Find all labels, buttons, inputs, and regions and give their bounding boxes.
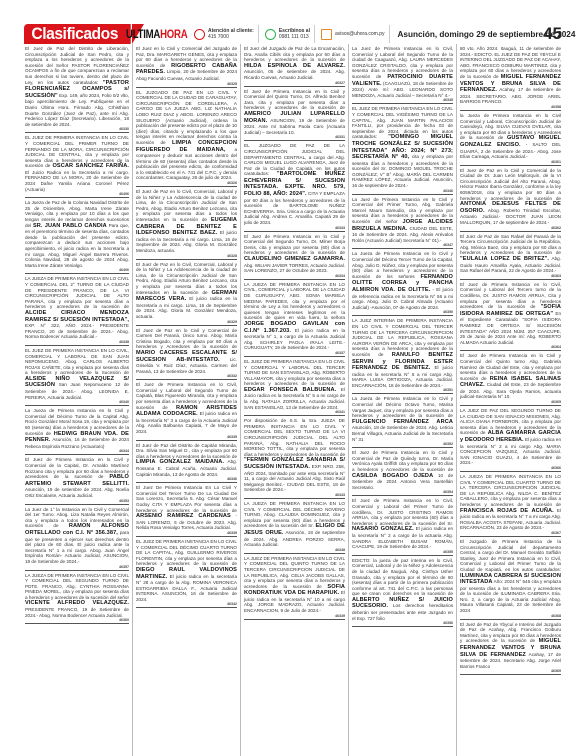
notice-reference-number: 46331: [244, 135, 345, 139]
legal-notice: EL JUZGADO DE PAZ EN LO CIVIL Y COMERCIA…: [136, 88, 237, 188]
notice-body: El Juez de Primera Instancia en lo Civil…: [352, 498, 453, 525]
legal-notice: La Juez de 1° la Instancia en lo Civil y…: [25, 505, 129, 571]
notice-body: EL JUEZ DE PRIMERA INSTANCIA EN LO CIVIL…: [25, 348, 129, 375]
legal-notice: La Juez de Primera Instancia en lo Civil…: [352, 44, 453, 104]
column-3: El Juez del Juzgado de Paz de La Encarna…: [240, 44, 348, 756]
notice-body: LA JUEZA DE PRIMERA INSTANCIA EN LO CIVI…: [25, 573, 129, 600]
notice-reference-number: 46347: [352, 243, 453, 247]
section-title: Clasificados: [24, 24, 131, 44]
legal-notice: La Juez de Primera Instancia en lo Civil…: [352, 195, 453, 250]
legal-notice: El Juez de Primera Instancia en lo Civil…: [25, 455, 129, 504]
notice-reference-number: 46406: [25, 192, 129, 196]
legal-notice: LA JUEZA DE PRIMERA INSTANCIA EN LO CIVI…: [460, 472, 561, 537]
notice-reference-number: 46366: [460, 466, 561, 470]
notice-reference-number: 46341: [244, 410, 345, 414]
legal-notice: EL JUZGADO DE PAZ DE LA CIRCUNSCRIPCIÓN …: [244, 141, 345, 231]
mail-icon: [321, 29, 332, 40]
notice-closing: EXP. N° 322, AÑO 2024.- PRESIDENTE FRANC…: [25, 323, 129, 339]
notice-body: LA JUEZA DE PRIMERA INSTANCIA EN LO CIVI…: [244, 282, 345, 321]
notice-body: EL JUZGADO DE PAZ EN LO CIVIL Y COMERCIA…: [136, 90, 237, 145]
notice-reference-number: 46406: [25, 268, 129, 272]
legal-notice: El Juez de Paz del Distrito de Liberació…: [25, 44, 129, 133]
legal-notice: LA JUEZA DE PRIMERA INSTANCIA EN LO CIVI…: [25, 274, 129, 346]
legal-notice: El Juez de Paz de Ybycuí e Interino del …: [460, 620, 561, 676]
deceased-name: OSCAR SANCHEZ FARIÑA.: [52, 163, 129, 169]
logo-prefix: ULTIMA: [126, 27, 160, 41]
notice-reference-number: 46363: [460, 274, 561, 278]
deceased-name: "EULALIA LOPEZ DE BRITEZ".: [460, 256, 549, 262]
legal-notice: EL JUEZ DE PRIMERA INSTANCIA EN LO CIVIL…: [136, 537, 237, 609]
legal-notice: LA JUEZA DE PRIMERA INSTANCIA EN LO CIVI…: [244, 280, 345, 357]
page-number: 45: [543, 24, 562, 44]
notice-body: El Juez de Primera Instancia en lo Civil…: [244, 89, 345, 111]
notice-reference-number: 46367: [460, 531, 561, 535]
column-2: El Juez en lo Civil y Comercial del Juzg…: [132, 44, 240, 756]
notice-reference-number: 46334: [244, 274, 345, 278]
notice-reference-number: 46352: [352, 442, 453, 446]
legal-notice: EL JUEZ DE PRIMERA INSTANCIA EN LO CIVIL…: [244, 357, 345, 416]
legal-notice: EDICTO: la jueza de paz interina en lo C…: [352, 556, 453, 628]
legal-notice: El Juez de Paz de San Rafael del Paraná …: [460, 232, 561, 280]
legal-notice: El Juez de Primera Instancia en lo Civil…: [136, 380, 237, 440]
legal-notice: El Juez de Paz en lo Civil y Comercial d…: [460, 166, 561, 232]
notice-reference-number: 46350: [352, 310, 453, 314]
legal-notice: EL JUEZ DE PRIMERA INSTANCIA EN LO CIVIL…: [25, 133, 129, 198]
notice-body: El Juez de Paz de San Rafael del Paraná …: [460, 234, 561, 256]
deceased-name: ARSENIO RAMIREZ CARDENAS: [136, 513, 231, 519]
notice-reference-number: 46354: [352, 490, 453, 494]
contact-email[interactable]: avisos@uhora.com.py: [321, 25, 390, 43]
legal-notice: la Jueza de Primera Instancia en lo Civi…: [460, 111, 561, 166]
notice-body: El Juez del Juzgado de Paz de La Encarna…: [244, 46, 345, 62]
notice-reference-number: 46327: [244, 81, 345, 85]
notice-reference-number: 46357: [25, 565, 129, 569]
notice-closing: El Juicio Radica en la Secretaría a mi c…: [25, 170, 129, 192]
notice-closing: PRESIDENTE FRANCO, 19 de Setiembre de 20…: [25, 607, 129, 618]
legal-notice: LA JUEZ DE PRIMERA INSTANCIA EN LO CIVIL…: [244, 554, 345, 620]
notice-reference-number: 46340: [25, 400, 129, 404]
legal-notice: El Juez de Paz en lo Civil y Comercial d…: [136, 326, 237, 381]
deceased-name: FRANCISCA ROJAS DE ACUÑA.: [460, 508, 554, 514]
notice-reference-number: 46342: [136, 602, 237, 606]
legal-notice: LA JUEZA DE PRIMERA INSTANCIA EN LO CIVI…: [25, 571, 129, 625]
whatsapp-icon: [265, 29, 276, 40]
notice-body: LA JUEZA DE PRIMERA INSTANCIA EN LO CIVI…: [25, 276, 129, 309]
notice-reference-number: 46335: [136, 435, 237, 439]
column-5: 80 vto. Año 2024. Itauguá, 11 de setiemb…: [456, 44, 564, 756]
legal-notice: El Juez de Paz en lo Civil, Comercial, L…: [136, 187, 237, 260]
deceased-name: NASARIO GONZALEZ.: [352, 526, 414, 532]
legal-notice: El Juez en lo Civil y Comercial del Juzg…: [136, 44, 237, 88]
legal-notice: El Juez de Primera Instancia en lo Civil…: [460, 280, 561, 352]
legal-notice: La Jueza de Primera Instancia en lo Civi…: [352, 394, 453, 448]
deceased-name: CLAUDELINO GIMENEZ GAMARRA.: [244, 256, 345, 262]
deceased-name: SR. JUAN PABLO CANDIA: [33, 223, 107, 229]
contact-value: 0981 111 013: [279, 34, 309, 40]
notice-body: Por disposición de S.S. la Sra. JUEZA DE…: [244, 418, 345, 457]
notice-closing: Asunción, 18 de Setiembre de 2024. Abg. …: [352, 425, 453, 441]
notice-closing: Abg. WILIAN JAVIER TORRES, Actuario Judi…: [244, 263, 345, 274]
legal-notice: El Juez de Primera Instancia en lo Civil…: [244, 87, 345, 142]
legal-notice: El Juez de Paz del Distrito de Capitán M…: [136, 441, 237, 484]
classifieds-columns: El Juez de Paz del Distrito de Liberació…: [24, 44, 564, 756]
notice-reference-number: 46360: [25, 618, 129, 622]
notice-reference-number: 46336: [136, 477, 237, 481]
deceased-name: LIMPIA GONZALEZ MAIDANA.: [136, 459, 224, 465]
notice-body: El Juzgado de Primera Instancia de la Ci…: [460, 539, 561, 572]
notice-body: El Juez de Primera Instancia en lo Civil…: [244, 234, 345, 256]
deceased-name: HILDA ESPINOLA DE ALVAREZ.: [244, 63, 345, 69]
contact-value: avisos@uhora.com.py: [335, 31, 385, 37]
notice-body: El Juez de Paz en lo Civil y Comercial d…: [460, 168, 561, 201]
notice-reference-number: 46337: [244, 351, 345, 355]
legal-notice: La Jueza de Paz de la Colonia Navidad Di…: [25, 198, 129, 274]
notice-reference-number: 46339: [136, 531, 237, 535]
notice-reference-number: 46349: [244, 614, 345, 618]
notice-body: El Juez De Primera Instancia En Lo Civil…: [136, 485, 237, 512]
notice-reference-number: 46338: [25, 340, 129, 344]
notice-reference-number: 46368: [460, 614, 561, 618]
notice-reference-number: 46330: [25, 127, 129, 131]
notice-reference-number: 46358: [460, 105, 561, 109]
legal-notice: LA JUEZA DE PRIMERA INSTANCIA EN LO CIVI…: [244, 499, 345, 554]
column-1: El Juez de Paz del Distrito de Liberació…: [24, 44, 132, 756]
notice-reference-number: 46369: [460, 669, 561, 673]
legal-notice: El Juez de Primera Instancia en lo Civil…: [244, 232, 345, 280]
legal-notice: El Juzgado de Primera Instancia de la Ci…: [460, 537, 561, 620]
legal-notice: LA JUEZ DE PAZ DEL SEGUNDO TURNO DE LA C…: [460, 406, 561, 472]
notice-reference-number: 46326: [136, 181, 237, 185]
deceased-name: ALCIDE CIRIACO MENDOZA RAMIREZ S/ SUCESI…: [25, 310, 129, 323]
legal-notice: EL JUEZ DE PRIMERA INSTANCIA EN LO CIVIL…: [352, 104, 453, 194]
column-4: La Juez de Primera Instancia en lo Civil…: [348, 44, 456, 756]
notice-reference-number: 46345: [352, 98, 453, 102]
notice-reference-number: 46351: [352, 388, 453, 392]
notice-body: EL JUEZ DE PRIMERA INSTANCIA EN LO CIVIL…: [244, 359, 345, 386]
notice-body: El Juez de Primera Instancia en lo Civil…: [352, 450, 453, 472]
notice-reference-number: 46344: [25, 449, 129, 453]
notice-reference-number: 46348: [244, 548, 345, 552]
notice-reference-number: 46365: [460, 400, 561, 404]
notice-closing: Asunción, 19 de setiembre de 2024. Abg. …: [25, 487, 129, 498]
legal-notice: LA JUEZ INTERINA DE PRIMERA INSTANCIA EN…: [352, 316, 453, 394]
legal-notice: El Juez de Primera Instancia en lo Civil…: [460, 351, 561, 406]
notice-reference-number: 46353: [25, 499, 129, 503]
contact-value: 415 7000: [208, 34, 229, 40]
notice-body: La Jueza de Primera Instancia en lo Civi…: [352, 396, 453, 418]
notice-body: El Juez de Paz del Distrito de Capitán M…: [136, 443, 237, 459]
notice-reference-number: 46362: [460, 226, 561, 230]
notice-closing: Asunción, 05 de setiembre de 2024. Abg. …: [244, 69, 345, 80]
notice-reference-number: 46343: [244, 493, 345, 497]
notice-reference-number: 46333: [244, 226, 345, 230]
legal-notice: El Juez del Juzgado de Paz de La Encarna…: [244, 44, 345, 87]
deceased-name: MARIO CACERES ESCALANTE S/ SUCESION AB-I…: [136, 350, 237, 363]
contact-phone[interactable]: Atención al cliente:415 7000: [194, 25, 259, 43]
notice-reference-number: 46356: [352, 621, 453, 625]
deceased-name: CASILDA BOGADO OJEDA: [352, 473, 433, 479]
newspaper-logo: ULTIMAHORA: [126, 27, 176, 41]
notice-reference-number: 46328: [136, 254, 237, 258]
notice-reference-number: 46346: [352, 189, 453, 193]
legal-notice: Por disposición de S.S. la Sra. JUEZA DE…: [244, 416, 345, 499]
notice-reference-number: 46332: [136, 374, 237, 378]
notice-body: EDICTO: la jueza de paz interina en lo C…: [352, 558, 453, 597]
notice-reference-number: 46325: [136, 82, 237, 86]
notice-reference-number: 46355: [352, 550, 453, 554]
notice-body: El Juez de Paz en lo Civil y Comercial d…: [136, 328, 237, 350]
notice-reference-number: 46364: [460, 345, 561, 349]
notice-body: EL JUEZ DE PRIMERA INSTANCIA EN LO CIVIL…: [136, 539, 237, 566]
legal-notice: EL JUEZ DE PRIMERA INSTANCIA EN LO CIVIL…: [25, 346, 129, 406]
phone-icon: [194, 29, 205, 40]
newspaper-page: Clasificados ULTIMAHORA Atención al clie…: [0, 0, 580, 756]
deceased-name: FULGENCIO FERNÁNDEZ ARCA: [352, 419, 453, 425]
legal-notice: La Jueza de Primera Instancia en lo Civi…: [25, 406, 129, 455]
notice-reference-number: 46361: [460, 160, 561, 164]
deceased-name: VICENTE ALFREDO VELAZQUEZ.: [25, 600, 129, 606]
page-header: Clasificados ULTIMAHORA Atención al clie…: [0, 24, 580, 44]
legal-notice: El Juez de Primera Instancia en lo Civil…: [352, 448, 453, 496]
notice-reference-number: 46329: [136, 320, 237, 324]
legal-notice: 80 vto. Año 2024. Itauguá, 11 de setiemb…: [460, 44, 561, 111]
logo-suffix: HORA: [160, 27, 187, 41]
legal-notice: El Juez de Primera Instancia en lo Civil…: [352, 496, 453, 555]
legal-notice: El Juez De Primera Instancia En Lo Civil…: [136, 483, 237, 537]
notice-closing: Para que, en el perentorio término de se…: [25, 223, 129, 268]
notice-body: LA JUEZA DE PRIMERA INSTANCIA EN LO CIVI…: [460, 474, 561, 507]
deceased-name: EDGAR FONSECA BALBUENA.: [244, 387, 336, 393]
legal-notice: La Jueza de Primera Instancia en lo Civi…: [352, 249, 453, 316]
legal-notice: El Juez de Paz en lo Civil, Comercial, L…: [136, 260, 237, 326]
contact-whatsapp[interactable]: Escribinos al0981 111 013: [265, 25, 315, 43]
